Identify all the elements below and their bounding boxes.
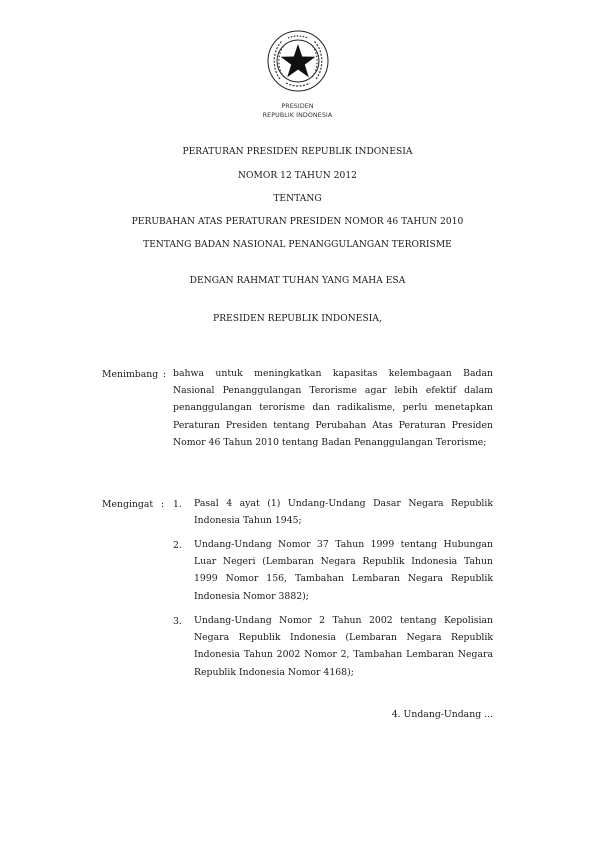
- regulation-subject-line-2: TENTANG BADAN NASIONAL PENANGGULANGAN TE…: [0, 240, 595, 250]
- page-catchword: 4. Undang-Undang ...: [392, 709, 493, 720]
- mengingat-item-2-number: 2.: [173, 540, 182, 551]
- garuda-star-emblem-icon: [266, 29, 330, 93]
- menimbang-colon: :: [163, 369, 166, 380]
- regulation-title: PERATURAN PRESIDEN REPUBLIK INDONESIA: [0, 147, 595, 157]
- regulation-subject-line-1: PERUBAHAN ATAS PERATURAN PRESIDEN NOMOR …: [0, 217, 595, 227]
- mengingat-colon: :: [161, 499, 164, 510]
- mengingat-item-2-text: Undang-Undang Nomor 37 Tahun 1999 tentan…: [194, 536, 493, 605]
- regulation-number: NOMOR 12 TAHUN 2012: [0, 171, 595, 181]
- regulation-about: TENTANG: [0, 194, 595, 204]
- mengingat-label: Mengingat: [102, 499, 153, 510]
- institution-line-2: REPUBLIK INDONESIA: [0, 112, 595, 119]
- menimbang-text: bahwa untuk meningkatkan kapasitas kelem…: [173, 365, 493, 451]
- invocation: DENGAN RAHMAT TUHAN YANG MAHA ESA: [0, 276, 595, 286]
- mengingat-item-1-text: Pasal 4 ayat (1) Undang-Undang Dasar Neg…: [194, 495, 493, 529]
- mengingat-item-3-number: 3.: [173, 616, 182, 627]
- authority: PRESIDEN REPUBLIK INDONESIA,: [0, 314, 595, 324]
- mengingat-item-3-text: Undang-Undang Nomor 2 Tahun 2002 tentang…: [194, 612, 493, 681]
- menimbang-label: Menimbang: [102, 369, 158, 380]
- mengingat-item-1-number: 1.: [173, 499, 182, 510]
- institution-line-1: PRESIDEN: [0, 103, 595, 110]
- document-page: PRESIDEN REPUBLIK INDONESIA PERATURAN PR…: [0, 0, 595, 842]
